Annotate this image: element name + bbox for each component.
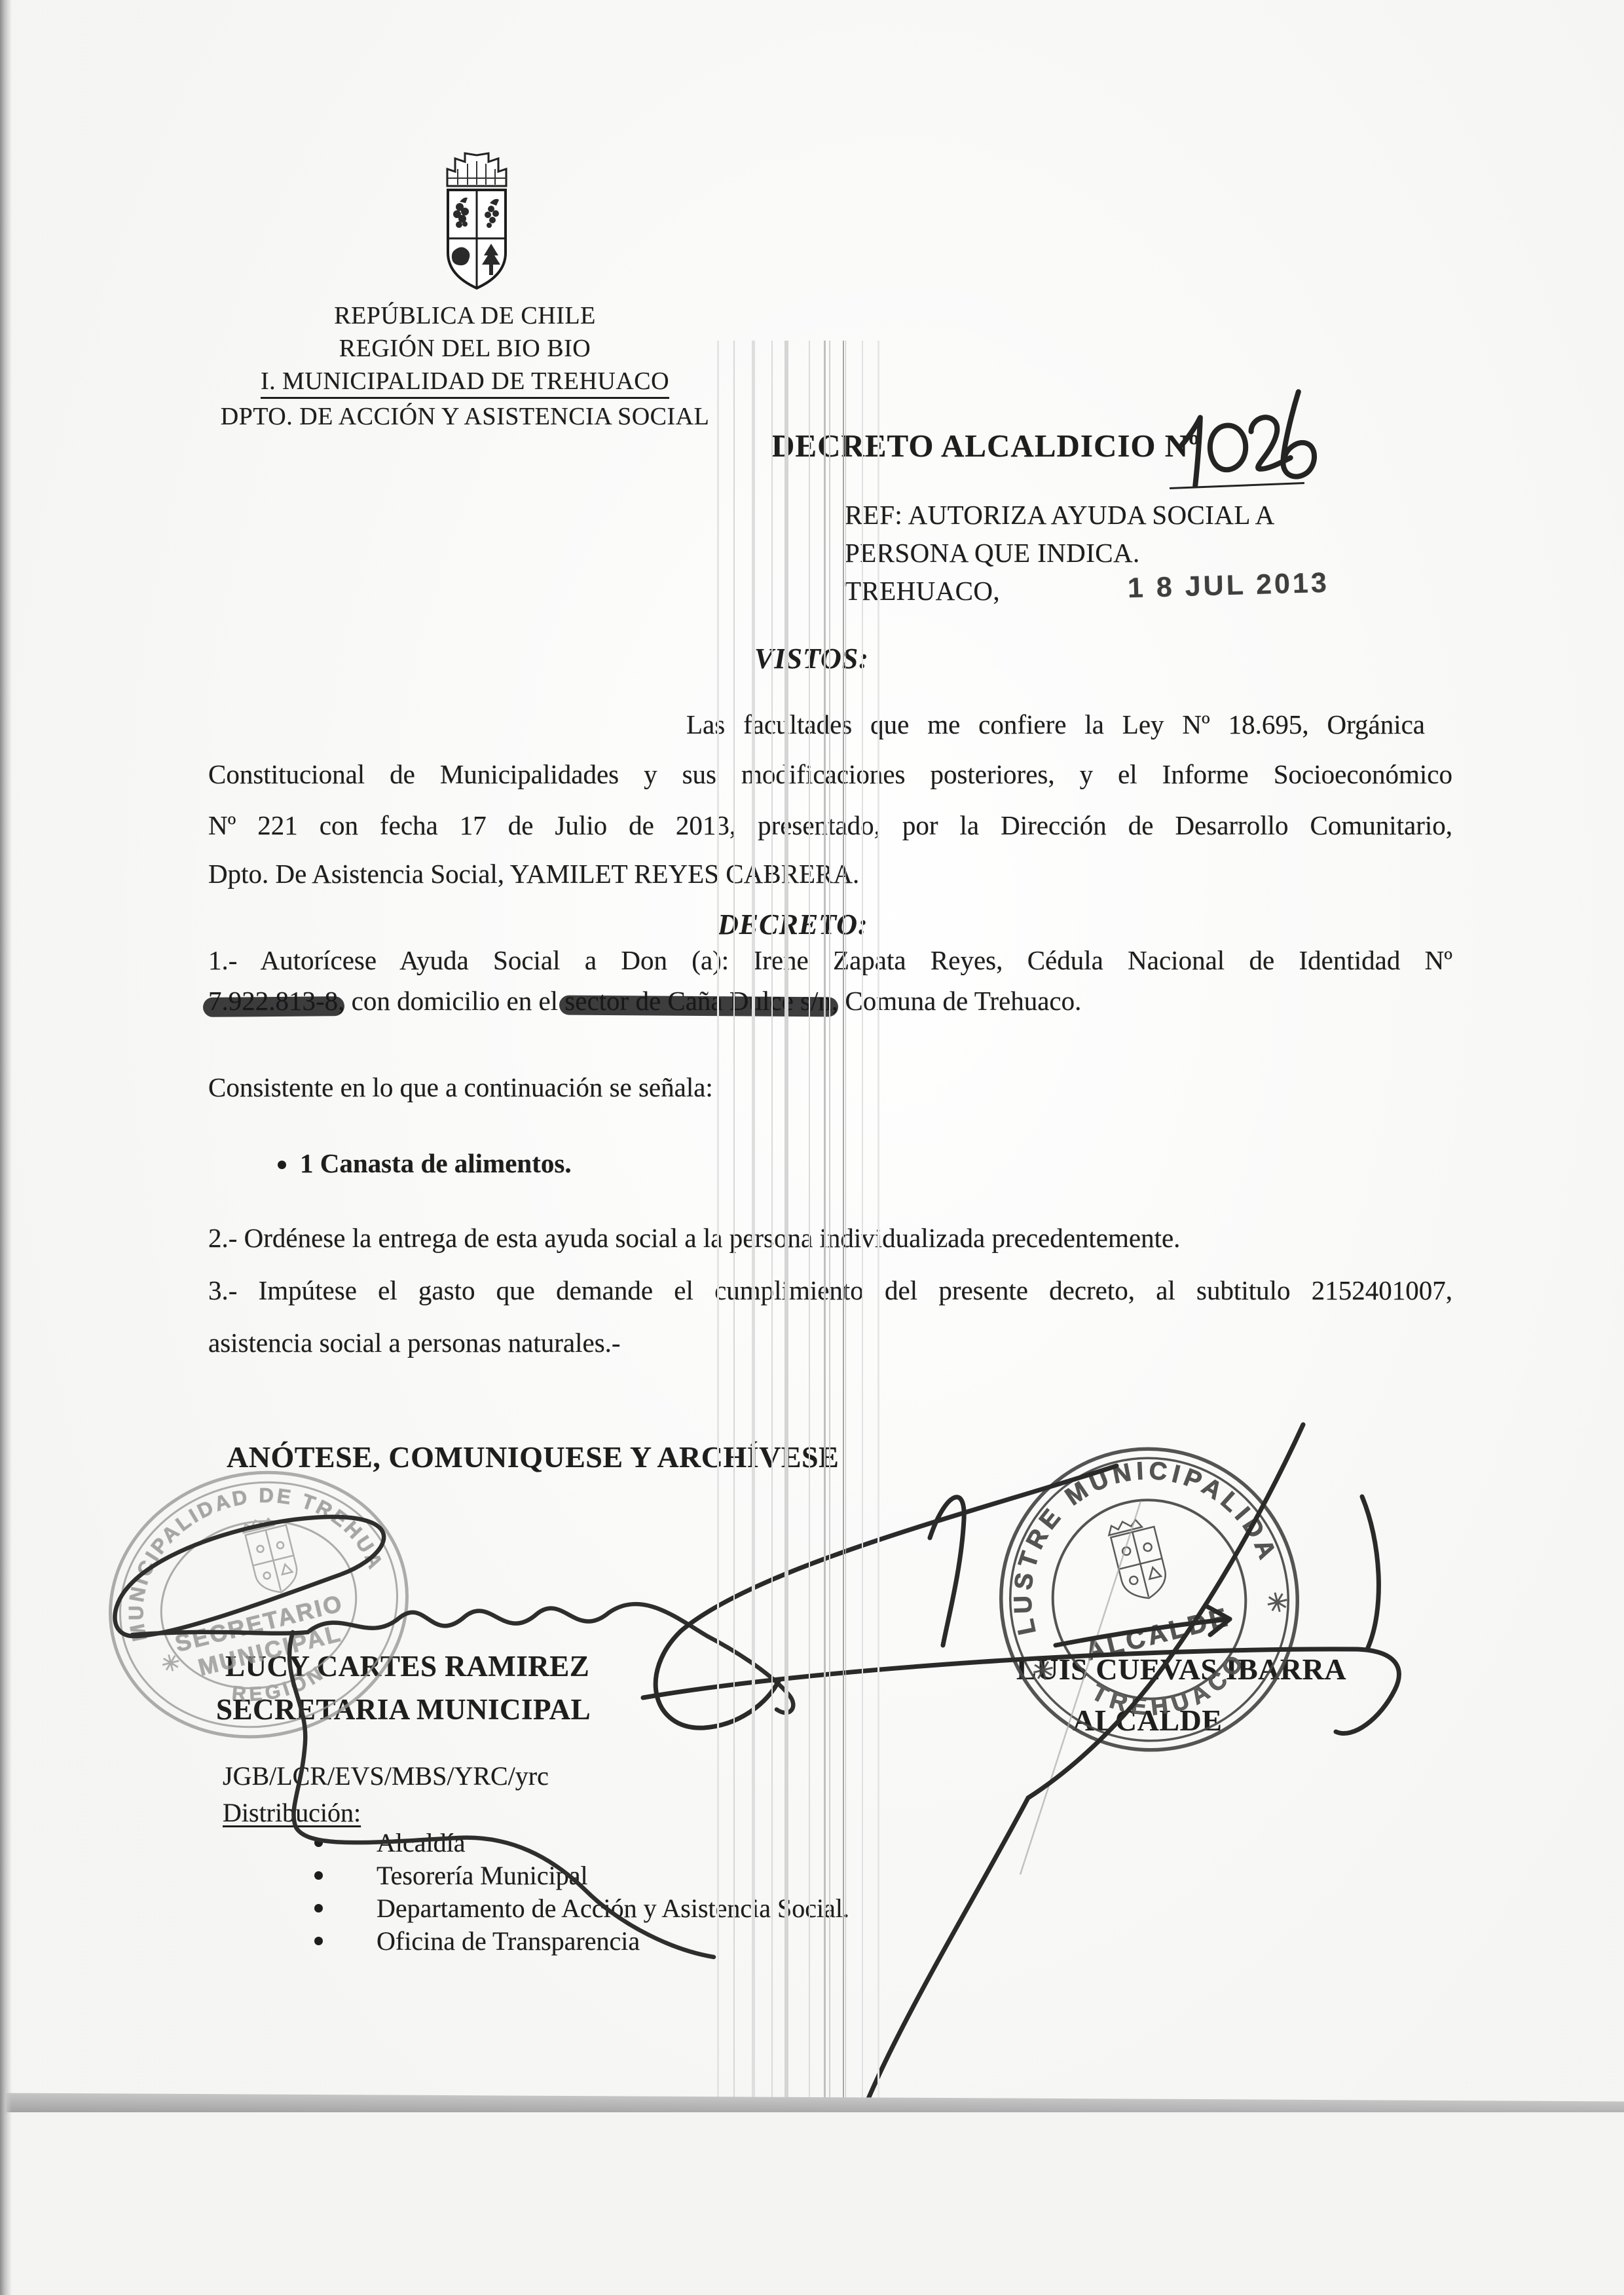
handwritten-decree-number bbox=[1177, 391, 1317, 492]
secretary-signature bbox=[115, 1517, 793, 1957]
scanned-decree-page: REPÚBLICA DE CHILE REGIÓN DEL BIO BIO I.… bbox=[0, 0, 1624, 2295]
scan-left-shadow bbox=[0, 0, 12, 2295]
alcalde-stamp: ILUSTRE MUNICIPALIDAD TREHUACO ALCALDE ✳… bbox=[969, 1417, 1329, 1782]
stamp-shield-icon bbox=[1107, 1514, 1171, 1603]
ink-overlay: I. MUNICIPALIDAD DE TREHUACO REGIÓN SECR… bbox=[0, 0, 1624, 2295]
scanner-background bbox=[0, 2112, 1624, 2295]
